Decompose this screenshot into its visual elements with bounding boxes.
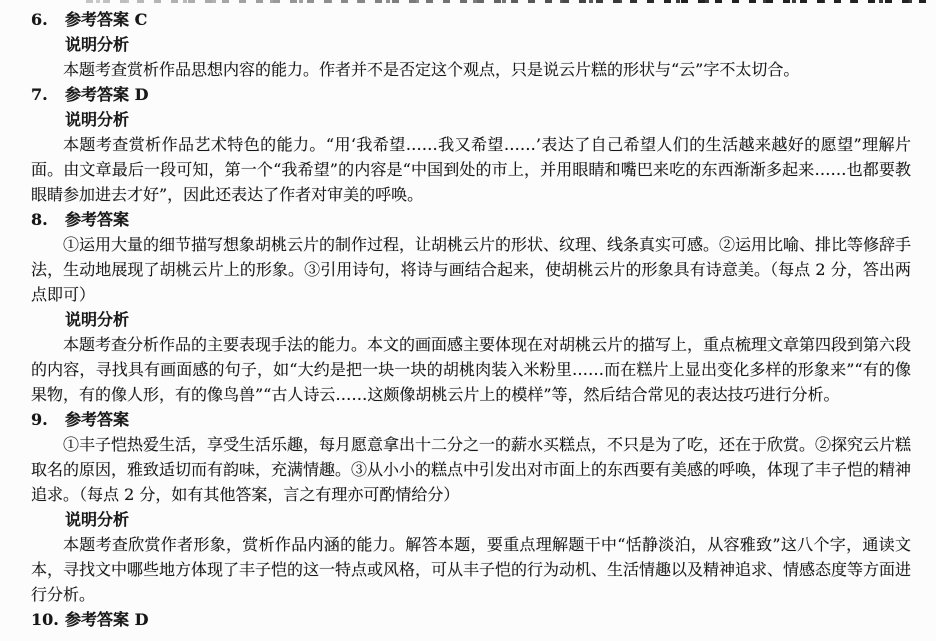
analysis-heading: 说明分析 — [65, 32, 911, 57]
answer-item-8: 8.参考答案 ①运用大量的细节描写想象胡桃云片的制作过程，让胡桃云片的形状、纹理… — [31, 207, 911, 407]
question-number: 10. — [31, 607, 65, 632]
answer-heading-row: 10.参考答案 D — [31, 607, 911, 632]
answer-heading: 参考答案 C — [65, 10, 147, 29]
question-number: 6. — [31, 7, 65, 32]
answer-heading-row: 7.参考答案 D — [31, 82, 911, 107]
answer-item-9: 9.参考答案 ①丰子恺热爱生活，享受生活乐趣，每月愿意拿出十二分之一的薪水买糕点… — [31, 407, 911, 607]
answer-heading: 参考答案 D — [65, 85, 148, 104]
answer-item-10-clipped: 10.参考答案 D — [31, 607, 911, 632]
analysis-text: 本题考查分析作品的主要表现手法的能力。本文的画面感主要体现在对胡桃云片的描写上，… — [31, 332, 911, 407]
analysis-text: 本题考查赏析作品思想内容的能力。作者并不是否定这个观点，只是说云片糕的形状与“云… — [31, 57, 911, 82]
answer-item-6: 6.参考答案 C 说明分析 本题考查赏析作品思想内容的能力。作者并不是否定这个观… — [31, 7, 911, 82]
analysis-heading: 说明分析 — [65, 307, 911, 332]
answer-heading: 参考答案 D — [65, 610, 148, 629]
answer-text: ①运用大量的细节描写想象胡桃云片的制作过程，让胡桃云片的形状、纹理、线条真实可感… — [31, 232, 911, 307]
answer-item-7: 7.参考答案 D 说明分析 本题考查赏析作品艺术特色的能力。“用‘我希望……我又… — [31, 82, 911, 207]
question-number: 8. — [31, 207, 65, 232]
answer-heading-row: 8.参考答案 — [31, 207, 911, 232]
answer-heading-row: 6.参考答案 C — [31, 7, 911, 32]
answer-heading-row: 9.参考答案 — [31, 407, 911, 432]
analysis-heading: 说明分析 — [65, 507, 911, 532]
answer-heading: 参考答案 — [65, 210, 129, 229]
clipped-previous-line-fragments — [86, 0, 932, 3]
analysis-text: 本题考查欣赏作者形象，赏析作品内涵的能力。解答本题，要重点理解题干中“恬静淡泊，… — [31, 532, 911, 607]
analysis-text: 本题考查赏析作品艺术特色的能力。“用‘我希望……我又希望……’表达了自己希望人们… — [31, 132, 911, 207]
analysis-heading: 说明分析 — [65, 107, 911, 132]
question-number: 9. — [31, 407, 65, 432]
question-number: 7. — [31, 82, 65, 107]
answer-text: ①丰子恺热爱生活，享受生活乐趣，每月愿意拿出十二分之一的薪水买糕点，不只是为了吃… — [31, 432, 911, 507]
answer-heading: 参考答案 — [65, 410, 129, 429]
document-scan-page: 6.参考答案 C 说明分析 本题考查赏析作品思想内容的能力。作者并不是否定这个观… — [0, 0, 936, 641]
